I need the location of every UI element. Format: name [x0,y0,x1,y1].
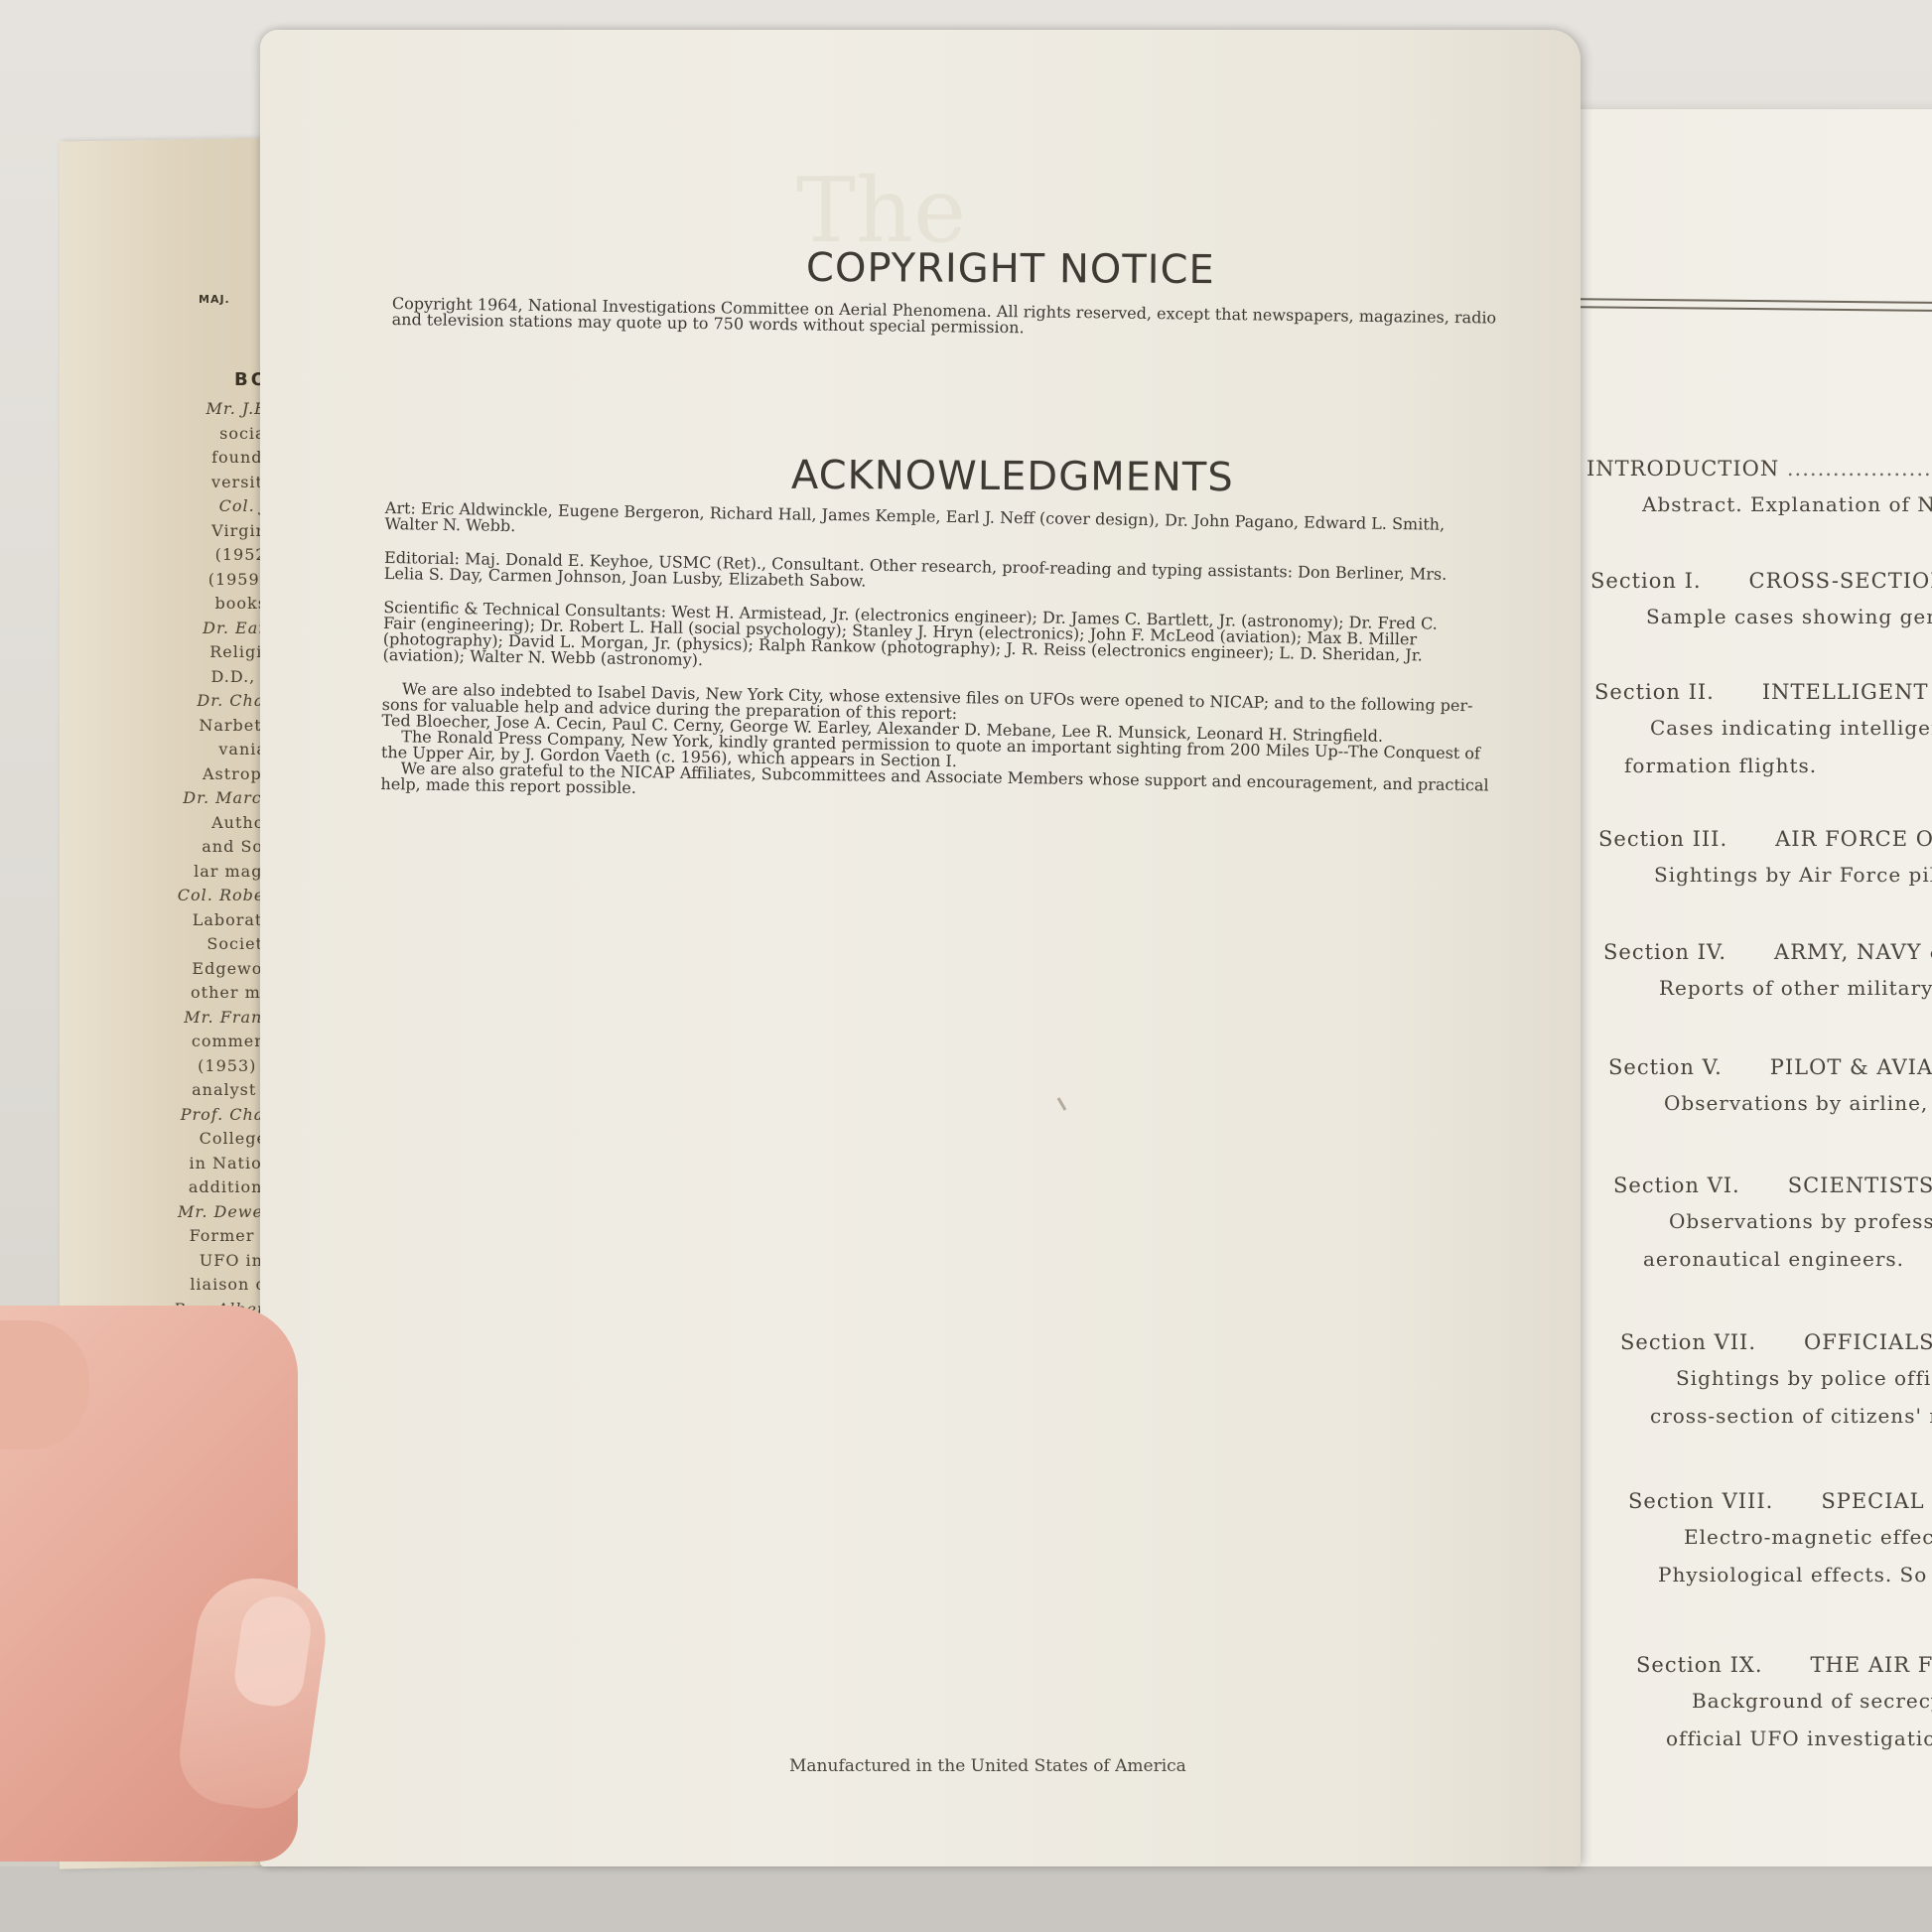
board-member-bio-line: vania, [60,738,273,762]
toc-entry-description: aeronautical engineers. [1643,1247,1904,1271]
board-member-bio-line: Religio [60,640,273,665]
board-member-bio-line: Astroph [60,762,273,787]
board-member-name: Mr. Dewey [60,1200,273,1225]
toc-entry-description: Sample cases showing genera [1646,605,1932,628]
back-page-header: MAJ. [199,293,230,306]
board-member-bio-line: Virgini [60,519,273,544]
board-member-bio-line: D.D., T [60,665,273,690]
board-member-bio-line: other mil [60,981,273,1006]
toc-entry-heading: Section III.AIR FORCE OBS [1598,827,1932,851]
toc-entry-description: formation flights. [1624,754,1817,777]
toc-leader-dots: .......................... [1779,457,1932,481]
toc-entry-description: Background of secrecy [1692,1689,1932,1713]
board-member-bio-line: Edgewoo [60,957,273,982]
board-member-name: Prof. Char [60,1103,273,1128]
toc-section-title: OFFICIALS & [1804,1330,1932,1354]
footer-manufactured: Manufactured in the United States of Ame… [789,1756,1186,1776]
copyright-heading: COPYRIGHT NOTICE [806,245,1215,293]
toc-entry-description: official UFO investigatio [1666,1726,1932,1750]
toc-entry-description: Abstract. Explanation of NIC [1642,492,1932,516]
board-member-name: Mr. J.B. [60,397,273,422]
board-member-bio-line: (1952- [60,543,273,568]
toc-section-title: THE AIR FO [1811,1653,1932,1677]
toc-section-title: AIR FORCE OBS [1775,827,1932,851]
toc-section-label: Section II. [1594,680,1715,704]
toc-entry-heading: Section VIII.SPECIAL EV [1628,1489,1932,1513]
toc-section-label: INTRODUCTION [1587,457,1779,481]
board-member-bio-line: lar maga [60,860,273,885]
board-member-bio-line: UFO inv [60,1249,273,1274]
toc-section-title: SPECIAL EV [1821,1489,1932,1513]
board-member-bio-line: Former A [60,1224,273,1249]
ack-paragraph: Editorial: Maj. Donald E. Keyhoe, USMC (… [384,550,1492,600]
ack-paragraph: Scientific & Technical Consultants: West… [382,600,1491,681]
toc-section-label: Section VII. [1620,1330,1756,1354]
toc-entry-description: Sightings by Air Force pilo [1654,863,1932,887]
board-member-name: Mr. Frank [60,1006,273,1031]
board-member-bio-line: founde [60,446,273,471]
toc-section-title: ARMY, NAVY & [1774,940,1932,964]
board-member-bio-line: Narbeth [60,714,273,739]
toc-entry-heading: Section V.PILOT & AVIAT [1608,1055,1932,1079]
board-member-bio-line: College, [60,1127,273,1152]
board-member-bio-line: additiona [60,1175,273,1200]
toc-entry-description: Reports of other military p [1659,976,1932,1000]
toc-entry-heading: Section VII.OFFICIALS & [1620,1330,1932,1354]
acknowledgments-text: Art: Eric Aldwinckle, Eugene Bergeron, R… [380,500,1493,827]
board-member-bio-line: Society [60,932,273,957]
board-member-bio-line: versity [60,471,273,495]
toc-section-title: SCIENTISTS & [1788,1173,1932,1197]
board-member-name: Dr. Marcu [60,786,273,811]
toc-entry-heading: INTRODUCTION .......................... [1587,457,1932,481]
board-member-bio-line: sociat [60,422,273,447]
toc-section-label: Section IX. [1636,1653,1763,1677]
toc-section-label: Section III. [1598,827,1727,851]
board-member-bio-line: liaison of [60,1273,273,1298]
board-member-list: Mr. J.B.sociatfoundeversityCol. J.Virgin… [60,397,273,1444]
acknowledgments-heading: ACKNOWLEDGMENTS [791,453,1234,500]
board-member-bio-line: Laborato [60,908,273,933]
board-member-bio-line: (1953) a [60,1054,273,1079]
toc-section-label: Section VIII. [1628,1489,1773,1513]
toc-section-label: Section V. [1608,1055,1723,1079]
toc-entry-heading: Section VI.SCIENTISTS & [1613,1173,1932,1197]
toc-entry-description: Cases indicating intelligenc [1650,716,1932,740]
board-member-bio-line: Author [60,811,273,836]
board-member-name: Col. J. [60,494,273,519]
board-member-name: Dr. Earl [60,617,273,641]
toc-section-title: CROSS-SECTION D [1749,569,1932,593]
board-member-bio-line: books. [60,592,273,617]
toc-entry-heading: Section II.INTELLIGENT CO [1594,680,1932,704]
toc-entry-heading: Section IV.ARMY, NAVY & [1603,940,1932,964]
board-member-name: Dr. Char [60,689,273,714]
board-member-name: Col. Rober [60,884,273,908]
toc-section-label: Section VI. [1613,1173,1740,1197]
toc-section-title: PILOT & AVIAT [1770,1055,1932,1079]
toc-section-title: INTELLIGENT CO [1762,680,1932,704]
toc-entry-description: Electro-magnetic effect [1684,1525,1932,1549]
toc-section-label: Section IV. [1603,940,1726,964]
board-member-bio-line: in Nation [60,1152,273,1176]
board-member-bio-line: and Soc [60,835,273,860]
toc-section-label: Section I. [1590,569,1702,593]
toc-entry-description: Sightings by police offic [1676,1366,1932,1390]
toc-entry-description: Observations by airline, m [1664,1091,1932,1115]
toc-entry-description: Observations by professio [1669,1209,1932,1233]
toc-entry-description: Physiological effects. So [1658,1563,1927,1587]
toc-entry-heading: Section I.CROSS-SECTION D [1590,569,1932,593]
board-member-bio-line: analyst o [60,1078,273,1103]
table-edge [0,1866,1932,1932]
toc-entry-heading: Section IX.THE AIR FO [1636,1653,1932,1677]
toc-entry-description: cross-section of citizens' r [1650,1404,1932,1428]
board-member-bio-line: (1959), [60,568,273,593]
board-member-bio-line: comment [60,1030,273,1054]
ack-closing-paragraph: We are also indebted to Isabel Davis, Ne… [380,681,1490,810]
